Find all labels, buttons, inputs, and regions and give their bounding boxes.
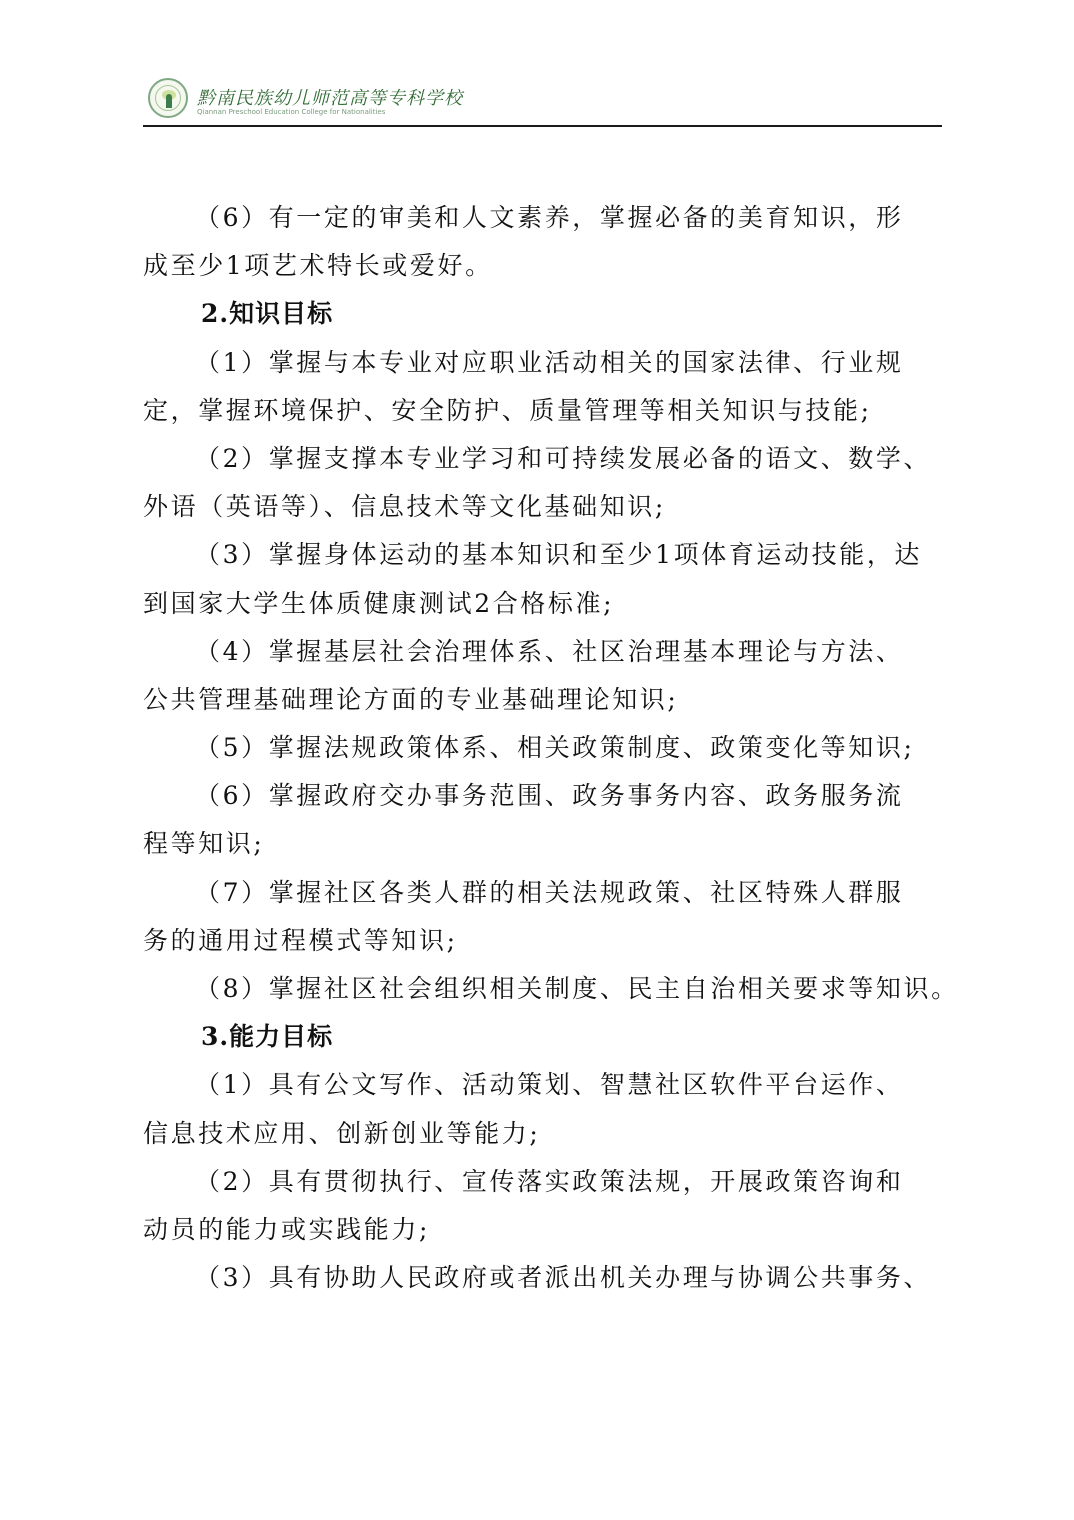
section-heading: 3.能力目标	[143, 1013, 943, 1061]
paragraph-line: 信息技术应用、创新创业等能力;	[143, 1110, 943, 1158]
paragraph-line: 外语（英语等）、信息技术等文化基础知识;	[143, 483, 943, 531]
paragraph-line: （4）掌握基层社会治理体系、社区治理基本理论与方法、	[143, 628, 943, 676]
paragraph-line: 公共管理基础理论方面的专业基础理论知识;	[143, 676, 943, 724]
school-emblem-icon	[148, 78, 188, 118]
paragraph-line: （3）具有协助人民政府或者派出机关办理与协调公共事务、	[143, 1254, 943, 1302]
paragraph-line: （6）掌握政府交办事务范围、政务事务内容、政务服务流	[143, 772, 943, 820]
emblem-tree	[166, 94, 172, 108]
section-heading: 2.知识目标	[143, 290, 943, 338]
paragraph-line: （2）掌握支撑本专业学习和可持续发展必备的语文、数学、	[143, 435, 943, 483]
paragraph-line: （8）掌握社区社会组织相关制度、民主自治相关要求等知识。	[143, 965, 943, 1013]
paragraph-line: （6）有一定的审美和人文素养，掌握必备的美育知识，形	[143, 194, 943, 242]
school-name-cn: 黔南民族幼儿师范高等专科学校	[197, 84, 463, 110]
paragraph-line: （7）掌握社区各类人群的相关法规政策、社区特殊人群服	[143, 869, 943, 917]
paragraph-line: 定，掌握环境保护、安全防护、质量管理等相关知识与技能;	[143, 387, 943, 435]
paragraph-line: （2）具有贯彻执行、宣传落实政策法规，开展政策咨询和	[143, 1158, 943, 1206]
paragraph-line: 务的通用过程模式等知识;	[143, 917, 943, 965]
emblem-inner-ring	[155, 85, 181, 111]
paragraph-line: （3）掌握身体运动的基本知识和至少1项体育运动技能，达	[143, 531, 943, 579]
paragraph-line: （1）掌握与本专业对应职业活动相关的国家法律、行业规	[143, 339, 943, 387]
school-name-en: Qiannan Preschool Education College for …	[197, 108, 385, 116]
page-header: 黔南民族幼儿师范高等专科学校 Qiannan Preschool Educati…	[145, 76, 942, 124]
header-divider	[143, 125, 942, 127]
paragraph-line: 成至少1项艺术特长或爱好。	[143, 242, 943, 290]
paragraph-line: 到国家大学生体质健康测试2合格标准;	[143, 580, 943, 628]
paragraph-line: 动员的能力或实践能力;	[143, 1206, 943, 1254]
paragraph-line: （1）具有公文写作、活动策划、智慧社区软件平台运作、	[143, 1061, 943, 1109]
paragraph-line: （5）掌握法规政策体系、相关政策制度、政策变化等知识;	[143, 724, 943, 772]
document-body: （6）有一定的审美和人文素养，掌握必备的美育知识，形 成至少1项艺术特长或爱好。…	[143, 194, 943, 1302]
paragraph-line: 程等知识;	[143, 820, 943, 868]
